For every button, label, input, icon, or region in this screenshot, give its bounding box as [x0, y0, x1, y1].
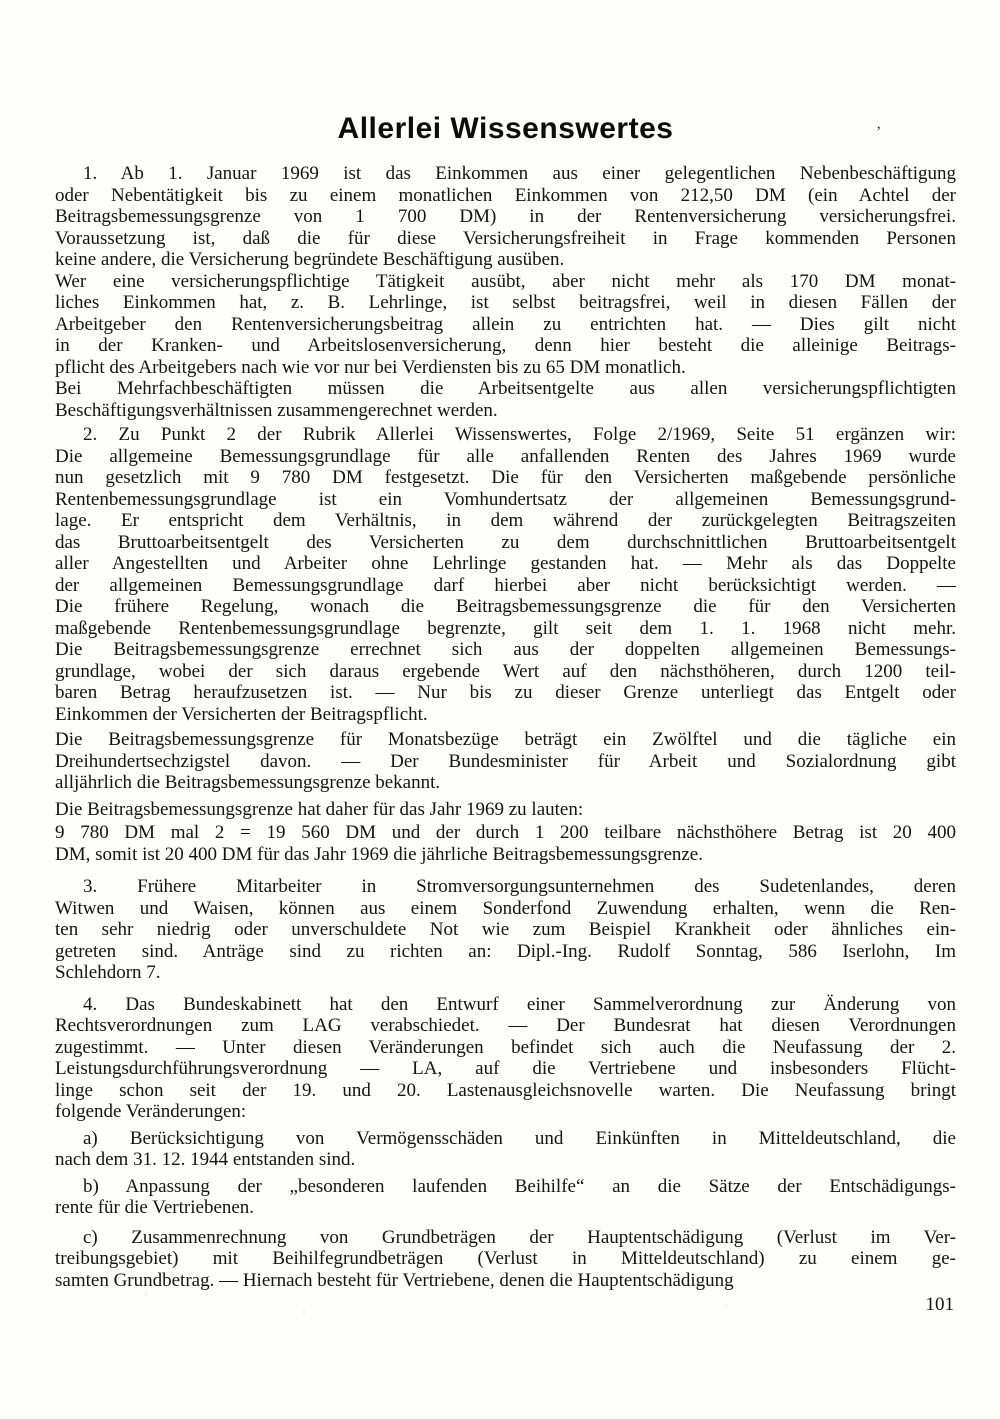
paragraph-punkt-2: 2. Zu Punkt 2 der Rubrik Allerlei Wissen… [55, 424, 956, 725]
text-line: Arbeitgeber den Rentenversicherungsbeitr… [55, 314, 956, 336]
text-line: zugestimmt. — Unter diesen Veränderungen… [55, 1037, 956, 1059]
text-line: Leistungsdurchführungsverordnung — LA, a… [55, 1058, 956, 1080]
text-line: c) Zusammenrechnung von Grundbeträgen de… [55, 1227, 956, 1249]
paragraph-punkt-4a: a) Berücksichtigung von Vermögensschäden… [55, 1128, 956, 1171]
paragraph-punkt-4: 4. Das Bundeskabinett hat den Entwurf ei… [55, 994, 956, 1123]
text-line: Die allgemeine Bemessungsgrundlage für a… [55, 446, 956, 468]
text-line: a) Berücksichtigung von Vermögensschäden… [55, 1128, 956, 1150]
scanned-document-page: ’ Allerlei Wissenswertes 1. Ab 1. Januar… [0, 0, 1000, 1419]
text-line: Voraussetzung ist, daß die für diese Ver… [55, 228, 956, 250]
paragraph-mehrfachbeschaeftigte: Bei Mehrfachbeschäftigten müssen die Arb… [55, 378, 956, 421]
text-line: liches Einkommen hat, z. B. Lehrlinge, i… [55, 292, 956, 314]
text-line: Die frühere Regelung, wonach die Beitrag… [55, 596, 956, 618]
text-line: pflicht des Arbeitgebers nach wie vor nu… [55, 357, 956, 379]
text-line: 9 780 DM mal 2 = 19 560 DM und der durch… [55, 822, 956, 844]
text-line: nun gesetzlich mit 9 780 DM festgesetzt.… [55, 467, 956, 489]
text-line: Die Beitragsbemessungsgrenze für Monatsb… [55, 729, 956, 751]
article: 1. Ab 1. Januar 1969 ist das Einkommen a… [55, 163, 956, 1291]
text-line: 1. Ab 1. Januar 1969 ist das Einkommen a… [55, 163, 956, 185]
text-line: grundlage, wobei der sich daraus ergeben… [55, 661, 956, 683]
text-line: Wer eine versicherungspflichtige Tätigke… [55, 271, 956, 293]
text-line: Dreihundertsechzigstel davon. — Der Bund… [55, 751, 956, 773]
paragraph-berechnung: 9 780 DM mal 2 = 19 560 DM und der durch… [55, 822, 956, 865]
text-line: Beschäftigungsverhältnissen zusammengere… [55, 400, 956, 422]
text-line: treibungsgebiet) mit Beihilfegrundbeträg… [55, 1248, 956, 1270]
text-line: das Bruttoarbeitsentgelt des Versicherte… [55, 532, 956, 554]
text-line: lage. Er entspricht dem Verhältnis, in d… [55, 510, 956, 532]
page-number: 101 [926, 1294, 955, 1316]
paragraph-punkt-4c: c) Zusammenrechnung von Grundbeträgen de… [55, 1227, 956, 1292]
text-line: Witwen und Waisen, können aus einem Sond… [55, 898, 956, 920]
text-line: Beitragsbemessungsgrenze von 1 700 DM) i… [55, 206, 956, 228]
text-line: ten sehr niedrig oder unverschuldete Not… [55, 919, 956, 941]
paragraph-punkt-4b: b) Anpassung der „besonderen laufenden B… [55, 1176, 956, 1219]
text-line: keine andere, die Versicherung begründet… [55, 249, 956, 271]
paragraph-wer-eine: Wer eine versicherungspflichtige Tätigke… [55, 271, 956, 379]
text-line: folgende Veränderungen: [55, 1101, 956, 1123]
text-line: linge schon seit der 19. und 20. Lastena… [55, 1080, 956, 1102]
text-line: rente für die Vertriebenen. [55, 1197, 956, 1219]
text-line: Rentenbemessungsgrundlage ist ein Vomhun… [55, 489, 956, 511]
text-line: Einkommen der Versicherten der Beitragsp… [55, 704, 956, 726]
text-line: 3. Frühere Mitarbeiter in Stromversorgun… [55, 876, 956, 898]
text-line: 4. Das Bundeskabinett hat den Entwurf ei… [55, 994, 956, 1016]
text-line: in der Kranken- und Arbeitslosenversiche… [55, 335, 956, 357]
text-line: Die Beitragsbemessungsgrenze errechnet s… [55, 639, 956, 661]
text-line: oder Nebentätigkeit bis zu einem monatli… [55, 185, 956, 207]
text-line: aller Angestellten und Arbeiter ohne Leh… [55, 553, 956, 575]
paragraph-monatsbezuege: Die Beitragsbemessungsgrenze für Monatsb… [55, 729, 956, 794]
page-content: Allerlei Wissenswertes 1. Ab 1. Januar 1… [55, 112, 956, 1291]
text-line: 2. Zu Punkt 2 der Rubrik Allerlei Wissen… [55, 424, 956, 446]
paragraph-punkt-3: 3. Frühere Mitarbeiter in Stromversorgun… [55, 876, 956, 984]
text-line: Bei Mehrfachbeschäftigten müssen die Arb… [55, 378, 956, 400]
text-line: Schlehdorn 7. [55, 962, 956, 984]
text-line: der allgemeinen Bemessungsgrundlage darf… [55, 575, 956, 597]
text-line: Rechtsverordnungen zum LAG verabschiedet… [55, 1015, 956, 1037]
text-line: alljährlich die Beitragsbemessungsgrenze… [55, 772, 956, 794]
text-line: b) Anpassung der „besonderen laufenden B… [55, 1176, 956, 1198]
text-line: getreten sind. Anträge sind zu richten a… [55, 941, 956, 963]
text-line: Die Beitragsbemessungsgrenze hat daher f… [55, 799, 956, 821]
paragraph-punkt-1: 1. Ab 1. Januar 1969 ist das Einkommen a… [55, 163, 956, 271]
text-line: samten Grundbetrag. — Hiernach besteht f… [55, 1270, 956, 1292]
text-line: maßgebende Rentenbemessungsgrundlage beg… [55, 618, 956, 640]
page-title: Allerlei Wissenswertes [55, 112, 956, 146]
text-line: nach dem 31. 12. 1944 entstanden sind. [55, 1149, 956, 1171]
text-line: DM, somit ist 20 400 DM für das Jahr 196… [55, 844, 956, 866]
text-line: baren Betrag heraufzusetzen ist. — Nur b… [55, 682, 956, 704]
paragraph-jahr-1969: Die Beitragsbemessungsgrenze hat daher f… [55, 799, 956, 821]
